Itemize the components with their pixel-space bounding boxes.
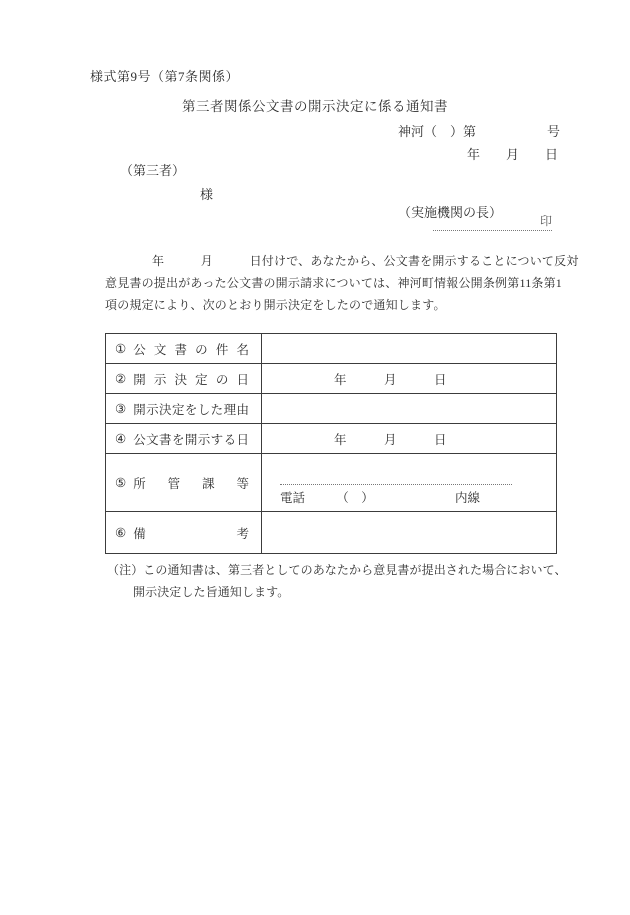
footnote: （注）この通知書は、第三者としてのあなたから意見書が提出された場合において、 開… — [107, 559, 567, 603]
body-paragraph: 年 月 日付けで、あなたから、公文書を開示することについて反対 意見書の提出があ… — [105, 250, 567, 316]
footnote-line-2: 開示決定した旨通知します。 — [107, 581, 567, 603]
row-label: 公文書を開示する日 — [133, 430, 249, 448]
row-label: 備考 — [133, 524, 249, 542]
row-label-cell: ② 開示決定の日 — [106, 364, 262, 393]
row-value-cell: 電話 （ ） 内線 — [262, 454, 556, 511]
doc-number-suffix: 号 — [547, 121, 560, 140]
row-label: 開示決定をした理由 — [133, 400, 249, 418]
row-value-cell — [262, 334, 556, 363]
row-label-cell: ③ 開示決定をした理由 — [106, 394, 262, 423]
row-label: 開示決定の日 — [133, 370, 249, 388]
form-number: 様式第9号（第7条関係） — [90, 66, 239, 85]
phone-extension-line: 電話 （ ） 内線 — [280, 484, 512, 506]
row-value-cell — [262, 512, 556, 553]
row-value-cell: 年 月 日 — [262, 424, 556, 453]
row-number: ⑥ — [115, 525, 126, 541]
row-number: ③ — [115, 401, 126, 417]
row-number: ① — [115, 341, 126, 357]
row-label: 公文書の件名 — [133, 340, 249, 358]
issue-date-line: 年 月 日 — [467, 144, 558, 163]
body-line-2: 意見書の提出があった公文書の開示請求については、神河町情報公開条例第11条第1 — [105, 272, 567, 294]
body-line-3: 項の規定により、次のとおり開示決定をしたので通知します。 — [105, 294, 567, 316]
table-row-responsible-section: ⑤ 所管課等 電話 （ ） 内線 — [106, 454, 556, 512]
doc-number-line: 神河（ ）第 号 — [398, 121, 560, 140]
table-row-document-name: ① 公文書の件名 — [106, 334, 556, 364]
row-label-cell: ① 公文書の件名 — [106, 334, 262, 363]
row-number: ② — [115, 371, 126, 387]
table-row-disclosure-date: ④ 公文書を開示する日 年 月 日 — [106, 424, 556, 454]
body-line-1: 年 月 日付けで、あなたから、公文書を開示することについて反対 — [105, 250, 567, 272]
row-number: ④ — [115, 431, 126, 447]
row-value-cell: 年 月 日 — [262, 364, 556, 393]
third-party-label: （第三者） — [120, 160, 185, 179]
table-row-remarks: ⑥ 備考 — [106, 512, 556, 553]
seal-signature-line: 印 — [433, 212, 552, 231]
footnote-line-1: （注）この通知書は、第三者としてのあなたから意見書が提出された場合において、 — [107, 559, 567, 581]
table-row-decision-reason: ③ 開示決定をした理由 — [106, 394, 556, 424]
seal-mark: 印 — [540, 214, 552, 228]
row-label-cell: ⑥ 備考 — [106, 512, 262, 553]
row-value-cell — [262, 394, 556, 423]
row-label-cell: ⑤ 所管課等 — [106, 454, 262, 511]
row-label-cell: ④ 公文書を開示する日 — [106, 424, 262, 453]
row-label: 所管課等 — [133, 474, 249, 492]
row-number: ⑤ — [115, 475, 126, 491]
addressee-honorific: 様 — [200, 184, 213, 203]
document-title: 第三者関係公文書の開示決定に係る通知書 — [0, 95, 630, 115]
table-row-decision-date: ② 開示決定の日 年 月 日 — [106, 364, 556, 394]
disclosure-decision-table: ① 公文書の件名 ② 開示決定の日 年 月 日 ③ 開示決定をした理由 ④ 公文… — [105, 333, 557, 554]
doc-number-prefix: 神河（ ）第 — [398, 121, 476, 140]
document-page: 様式第9号（第7条関係） 第三者関係公文書の開示決定に係る通知書 神河（ ）第 … — [0, 0, 630, 915]
